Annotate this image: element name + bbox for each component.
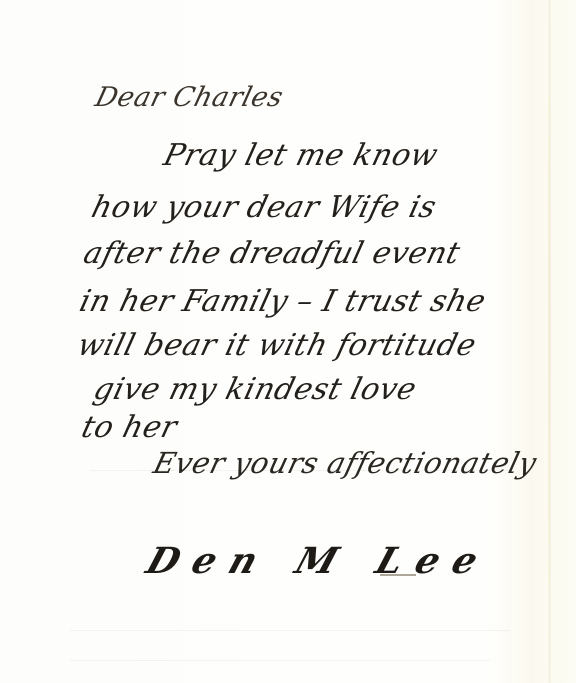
body-line: after the dreadful event <box>80 236 464 271</box>
bleed-through-line <box>70 630 510 631</box>
greeting: Dear Charles <box>92 82 286 113</box>
body-line: Pray let me know <box>160 138 442 173</box>
bleed-through-line <box>70 660 490 661</box>
signature-flourish <box>380 574 416 576</box>
body-line: in her Family – I trust she <box>76 284 490 319</box>
body-line: to her <box>78 410 181 445</box>
letter-page: Dear Charles Pray let me know how your d… <box>0 0 576 683</box>
body-line: will bear it with fortitude <box>74 328 480 363</box>
body-line: give my kindest love <box>90 372 420 407</box>
page-edge <box>548 0 551 683</box>
body-line: how your dear Wife is <box>88 190 440 225</box>
signature: Den M Lee <box>141 540 497 582</box>
closing: Ever yours affectionately <box>150 446 540 480</box>
